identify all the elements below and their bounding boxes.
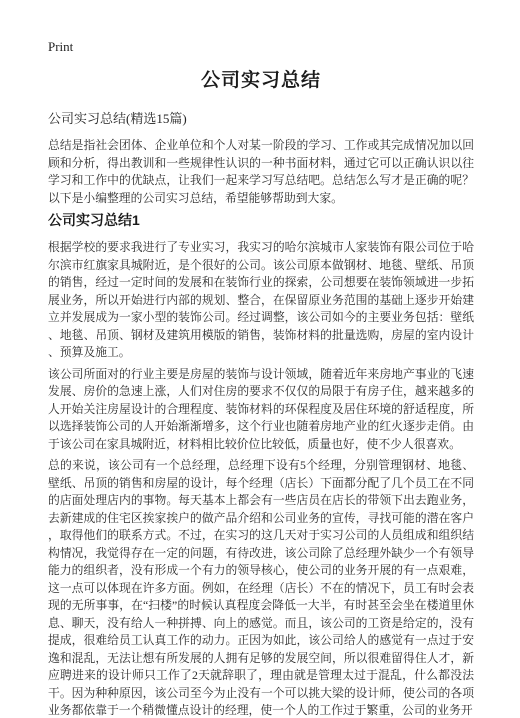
article-subtitle: 公司实习总结(精选15篇) — [48, 111, 474, 127]
page-title: 公司实习总结 — [48, 69, 474, 93]
intro-paragraph: 总结是指社会团体、企业单位和个人对某一阶段的学习、工作或其完成情况加以回顾和分析… — [48, 137, 474, 207]
document-page: Print 公司实习总结 公司实习总结(精选15篇) 总结是指社会团体、企业单位… — [0, 0, 520, 718]
body-paragraph: 该公司所面对的行业主要是房屋的装饰与设计领域，随着近年来房地产事业的飞速发展、房… — [48, 366, 474, 454]
print-link[interactable]: Print — [48, 39, 73, 54]
section-heading-1: 公司实习总结1 — [48, 211, 474, 229]
body-paragraph: 总的来说，该公司有一个总经理，总经理下设有5个经理，分别管理钢材、地毯、壁纸、吊… — [48, 457, 474, 718]
body-paragraph: 根据学校的要求我进行了专业实习，我实习的哈尔滨城市人家装饰有限公司位于哈尔滨市红… — [48, 239, 474, 362]
